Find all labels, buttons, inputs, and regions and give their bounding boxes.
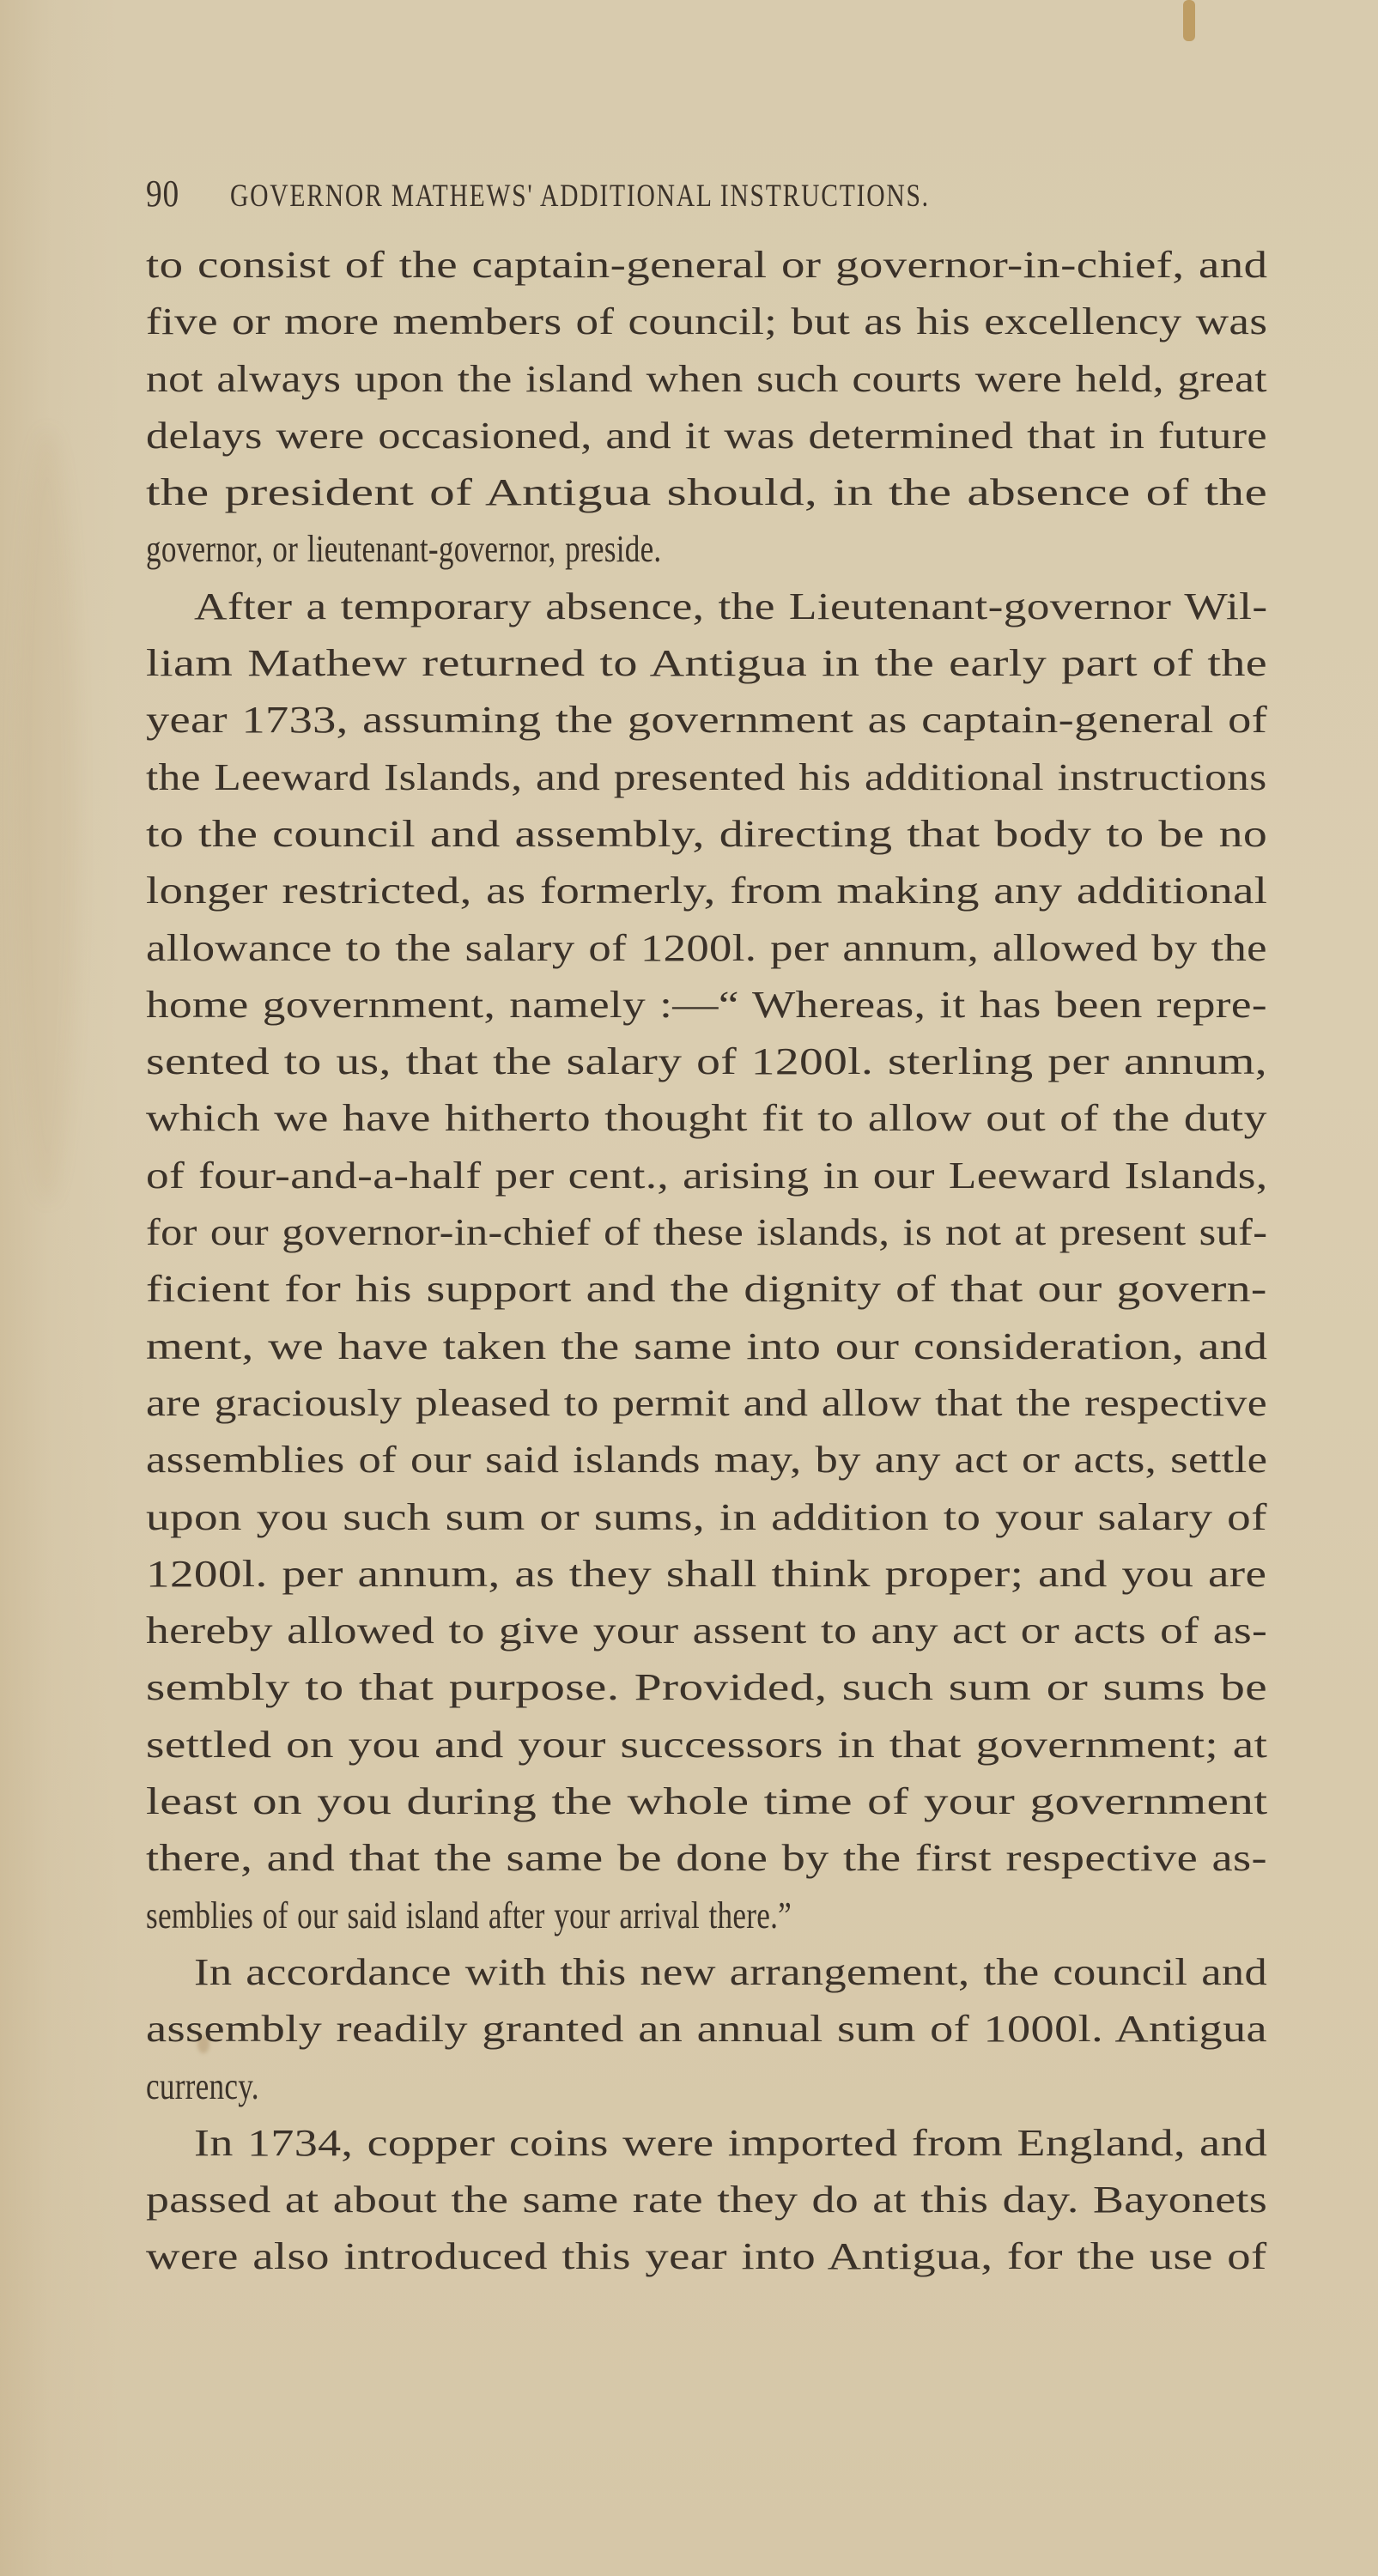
running-head: 90 GOVERNOR MATHEWS' ADDITIONAL INSTRUCT… [146,172,1267,215]
text-line: governor, or lieutenant-governor, presid… [146,521,1267,578]
text-line: to consist of the captain-general or gov… [146,237,1267,294]
text-line: allowance to the salary of 1200l. per an… [146,920,1267,977]
text-line: least on you during the whole time of yo… [146,1773,1267,1830]
text-line: hereby allowed to give your assent to an… [146,1603,1267,1659]
text-line: of four-and-a-half per cent., arising in… [146,1148,1267,1204]
text-line: which we have hitherto thought fit to al… [146,1090,1267,1147]
text-line: liam Mathew returned to Antigua in the e… [146,635,1267,692]
text-line: assembly readily granted an annual sum o… [146,2001,1267,2058]
text-line: settled on you and your successors in th… [146,1717,1267,1773]
text-line: the president of Antigua should, in the … [146,464,1267,521]
text-line: to the council and assembly, directing t… [146,806,1267,863]
text-line: currency. [146,2058,1267,2115]
text-line: home government, namely :—“ Whereas, it … [146,977,1267,1033]
paragraph-start-line: In accordance with this new arrangement,… [146,1944,1267,2001]
paper-stain [17,429,77,1202]
text-line: longer restricted, as formerly, from mak… [146,863,1267,919]
text-line: passed at about the same rate they do at… [146,2172,1267,2228]
paragraph-start-line: After a temporary absence, the Lieutenan… [146,579,1267,635]
text-line: were also introduced this year into Anti… [146,2228,1267,2285]
text-line: semblies of our said island after your a… [146,1888,1267,1944]
text-line: the Leeward Islands, and presented his a… [146,749,1267,806]
running-title: GOVERNOR MATHEWS' ADDITIONAL INSTRUCTION… [230,178,930,215]
page-number: 90 [146,172,187,215]
text-line: year 1733, assuming the government as ca… [146,692,1267,749]
text-line: 1200l. per annum, as they shall think pr… [146,1546,1267,1603]
text-line: upon you such sum or sums, in addition t… [146,1489,1267,1546]
text-line: not always upon the island when such cou… [146,351,1267,408]
paragraph-start-line: In 1734, copper coins were imported from… [146,2115,1267,2172]
text-line: ficient for his support and the dignity … [146,1261,1267,1318]
text-line: are graciously pleased to permit and all… [146,1375,1267,1432]
paper-stain [1183,0,1195,41]
text-line: assemblies of our said islands may, by a… [146,1432,1267,1488]
text-line: there, and that the same be done by the … [146,1830,1267,1887]
text-line: sented to us, that the salary of 1200l. … [146,1033,1267,1090]
body-text: to consist of the captain-general or gov… [146,237,1267,2286]
text-line: five or more members of council; but as … [146,294,1267,350]
text-line: delays were occasioned, and it was deter… [146,408,1267,464]
text-line: ment, we have taken the same into our co… [146,1318,1267,1375]
text-line: for our governor-in-chief of these islan… [146,1204,1267,1261]
text-line: sembly to that purpose. Provided, such s… [146,1659,1267,1716]
